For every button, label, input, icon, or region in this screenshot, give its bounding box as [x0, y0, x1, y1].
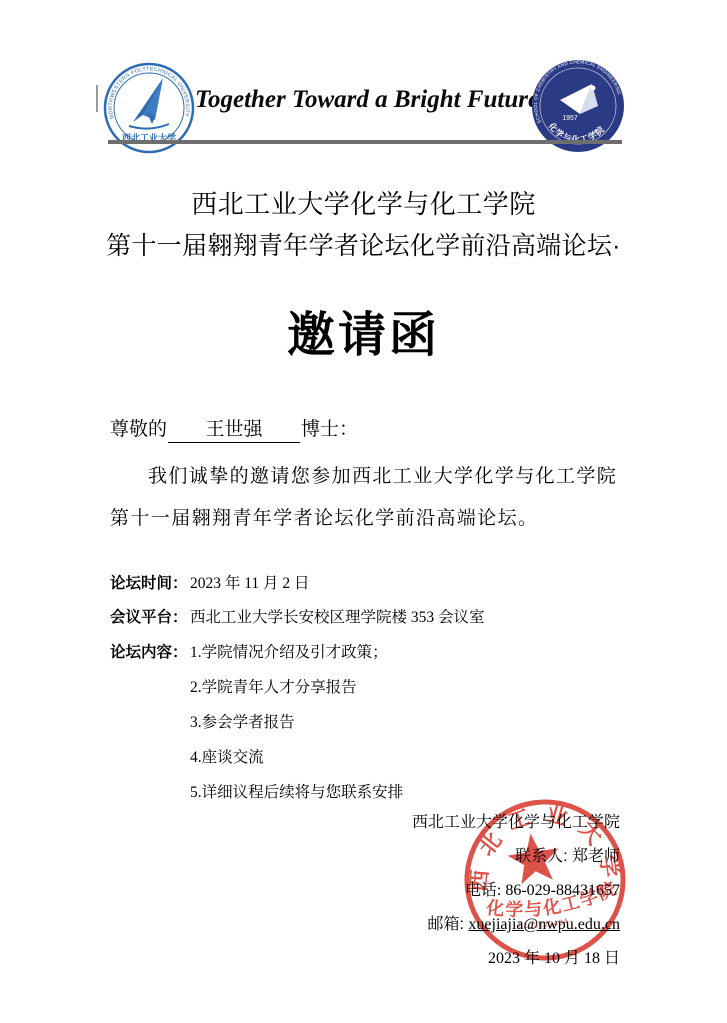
detail-forum-time: 论坛时间：2023 年 11 月 2 日	[110, 571, 310, 593]
detail-value: 2023 年 11 月 2 日	[190, 575, 310, 592]
body-paragraph-line-2: 第十一届翱翔青年学者论坛化学前沿高端论坛。	[110, 503, 538, 530]
agenda-item-4: 4.座谈交流	[190, 745, 264, 767]
detail-label: 论坛内容：	[110, 640, 190, 662]
agenda-item-3: 3.参会学者报告	[190, 710, 295, 732]
detail-meeting-venue: 会议平台：西北工业大学长安校区理学院楼 353 会议室	[110, 605, 485, 627]
detail-value: 1.学院情况介绍及引才政策；	[190, 644, 388, 661]
page-title-invitation: 邀请函	[0, 296, 727, 365]
detail-forum-content: 论坛内容：1.学院情况介绍及引才政策；	[110, 640, 388, 662]
agenda-item-2: 2.学院青年人才分享报告	[190, 675, 357, 697]
agenda-item-5: 5.详细议程后续将与您联系安排	[190, 780, 403, 802]
title-college-name: 西北工业大学化学与化工学院	[0, 184, 727, 221]
school-logo-year: 1957	[562, 115, 578, 122]
salutation-suffix: 博士：	[301, 419, 358, 440]
seal-star-icon	[505, 830, 563, 885]
margin-tick-mark	[96, 85, 98, 112]
body-paragraph-line-1: 我们诚挚的邀请您参加西北工业大学化学与化工学院	[148, 461, 617, 488]
invitation-letter-page: NORTHWESTERN POLYTECHNICAL UNIVERSITY 西北…	[0, 0, 727, 1023]
detail-label: 论坛时间：	[110, 571, 190, 593]
salutation-prefix: 尊敬的	[110, 419, 167, 440]
seal-banner-text: 化学与化工学院	[481, 876, 622, 927]
header-slogan: Together Toward a Bright Future	[195, 86, 525, 114]
official-red-seal: 西北工业大学 化学与化工学院 6103822404	[442, 777, 648, 983]
recipient-name-underlined: 王世强	[168, 414, 300, 443]
header-divider-line	[108, 140, 622, 144]
salutation-line: 尊敬的王世强博士：	[110, 414, 358, 443]
detail-value: 西北工业大学长安校区理学院楼 353 会议室	[190, 609, 485, 626]
detail-label: 会议平台：	[110, 605, 190, 627]
title-forum-name: 第十一届翱翔青年学者论坛化学前沿高端论坛·	[0, 226, 727, 262]
